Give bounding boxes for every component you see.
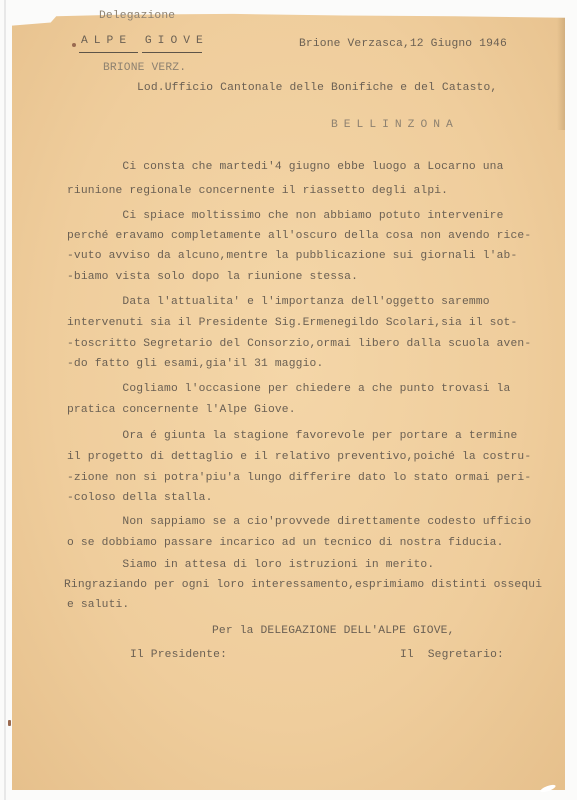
recipient-office: Lod.Ufficio Cantonale delle Bonifiche e … bbox=[137, 81, 497, 95]
scan-edge bbox=[4, 0, 6, 800]
body-line: o se dobbiamo passare incarico ad un tec… bbox=[67, 536, 504, 550]
body-line: Ci spiace moltissimo che non abbiamo pot… bbox=[67, 209, 504, 223]
body-line: Data l'attualita' e l'importanza dell'og… bbox=[67, 295, 490, 309]
body-line: Ci consta che martedi'4 giugno ebbe luog… bbox=[67, 160, 504, 174]
dateline: Brione Verzasca,12 Giugno 1946 bbox=[299, 37, 507, 51]
body-line: -toscritto Segretario del Consorzio,orma… bbox=[67, 337, 531, 351]
ink-spot bbox=[72, 43, 76, 47]
body-line: Siamo in attesa di loro istruzioni in me… bbox=[67, 558, 434, 572]
letterhead-org-line1: Delegazione bbox=[99, 9, 175, 23]
left-signatory-label: Il Presidente: bbox=[130, 648, 227, 662]
body-line: -do fatto gli esami,gia'il 31 maggio. bbox=[67, 357, 323, 371]
body-line: pratica concernente l'Alpe Giove. bbox=[67, 403, 296, 417]
letterhead-rule-left bbox=[79, 52, 138, 53]
body-line: -coloso della stalla. bbox=[67, 491, 213, 505]
body-line: Cogliamo l'occasione per chiedere a che … bbox=[67, 382, 510, 396]
letterhead-rule-right bbox=[142, 52, 202, 53]
right-signatory-label: Il Segretario: bbox=[400, 648, 504, 662]
letterhead-org-line2: ALPE GIOVE bbox=[81, 34, 209, 48]
body-line: intervenuti sia il Presidente Sig.Ermene… bbox=[67, 316, 517, 330]
letterhead-org-line3: BRIONE VERZ. bbox=[103, 61, 186, 75]
body-line: -vuto avviso da alcuno,mentre la pubblic… bbox=[67, 249, 517, 263]
body-line: Non sappiamo se a cio'provvede direttame… bbox=[67, 515, 531, 529]
body-line: Ringraziando per ogni loro interessament… bbox=[64, 578, 542, 592]
recipient-city: BELLINZONA bbox=[331, 118, 459, 132]
body-line: -biamo vista solo dopo la riunione stess… bbox=[67, 270, 358, 284]
ink-spot bbox=[8, 720, 11, 726]
body-line: Ora é giunta la stagione favorevole per … bbox=[67, 429, 517, 443]
body-line: il progetto di dettaglio e il relativo p… bbox=[67, 450, 531, 464]
body-line: riunione regionale concernente il riasse… bbox=[67, 184, 448, 198]
body-line: perché eravamo completamente all'oscuro … bbox=[67, 229, 531, 243]
body-line: e saluti. bbox=[67, 598, 129, 612]
closing-signoff: Per la DELEGAZIONE DELL'ALPE GIOVE, bbox=[212, 624, 455, 638]
letter-paper bbox=[12, 10, 565, 790]
body-line: -zione non si potra'piu'a lungo differir… bbox=[67, 471, 531, 485]
